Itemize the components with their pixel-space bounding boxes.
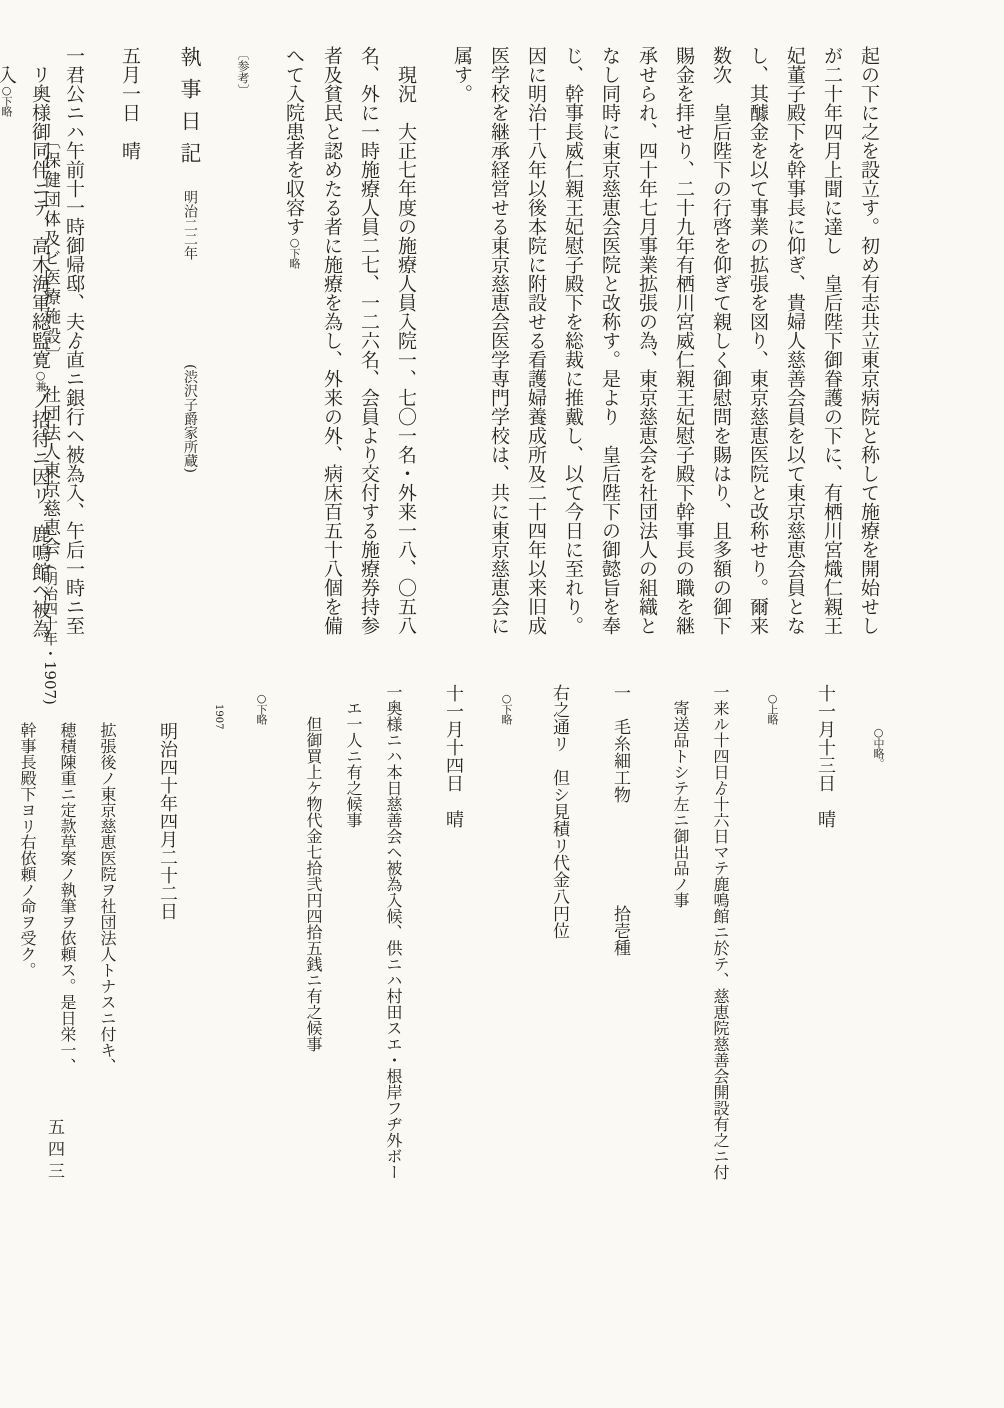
omission-note: ○下略 [288, 236, 301, 268]
omission-note-end1: ○下略 [493, 684, 519, 1304]
current-status-text: 現況 大正七年度の施療人員入院一、七〇一名・外来一八、〇五八 名、外に一時施療人… [283, 46, 417, 635]
current-status-paragraph: 現況 大正七年度の施療人員入院一、七〇一名・外来一八、〇五八 名、外に一時施療人… [275, 46, 424, 650]
estimate-line: 右之通リ 但シ見積リ代金八円位 [538, 684, 580, 1304]
diary-entry-bazaar: 一来ル十四日ゟ十六日マテ鹿鳴館ニ於テ、慈恵院慈善会開設有之ニ付 寄送品トシテ左ニ… [660, 684, 740, 1304]
diary-owner-label: (渋沢子爵家所蔵) [182, 364, 198, 473]
diary-entry-visit: 一奥様ニハ本日慈善会ヘ被為入候、供ニハ村田スエ・根岸フヂ外ボー エ一人ニ有之候事… [293, 684, 413, 1304]
omission-note-end2: ○下略 [248, 684, 274, 1304]
diary-entry-articles: 拡張後ノ東京慈恵医院ヲ社団法人トナスニ付キ、 穂積陳重ニ定款草案ノ執筆ヲ依頼ス。… [7, 684, 127, 1304]
item-line-wool-crafts: 一 毛糸細工物 拾壱種 [599, 684, 641, 1304]
diary-date-apr22: 明治四十年四月二十二日 [146, 684, 188, 1304]
diary-heading: 執事日記明治二二年(渋沢子爵家所蔵) [169, 46, 211, 650]
history-paragraph: 起の下に之を設立す。初め有志共立東京病院と称して施療を開始せし が二十年四月上聞… [443, 46, 887, 650]
diary-entry-may1: 一君公ニハ午前十一時御帰邸、夫ゟ直ニ銀行ヘ被為入、午后一時ニ至 リ奥様御同伴ニテ… [0, 46, 91, 650]
year-annotation-1907: 1907 [207, 684, 229, 1304]
kane-annotation: ○兼 [34, 369, 47, 391]
diary-title: 執事日記 [178, 46, 202, 174]
diary-date-nov13: 十一月十三日 晴 [804, 684, 846, 1304]
diary-era-label: 明治二二年 [182, 190, 198, 260]
main-text-block-top: 起の下に之を設立す。初め有志共立東京病院と称して施療を開始せし が二十年四月上聞… [0, 46, 906, 650]
omission-note: ○下略 [0, 84, 13, 116]
diary-date-nov14: 十一月十四日 晴 [432, 684, 474, 1304]
reference-label: 〔参考〕 [230, 46, 256, 650]
main-text-block-bottom: ○中略。 十一月十三日 晴 ○上略 一来ル十四日ゟ十六日マテ鹿鳴館ニ於テ、慈恵院… [0, 684, 910, 1304]
page-number: 五四三 [42, 1118, 66, 1184]
diary-date-may1: 五月一日 晴 [110, 46, 150, 650]
omission-note-mid: ○中略。 [865, 684, 891, 1304]
omission-note-top: ○上略 [759, 684, 785, 1304]
